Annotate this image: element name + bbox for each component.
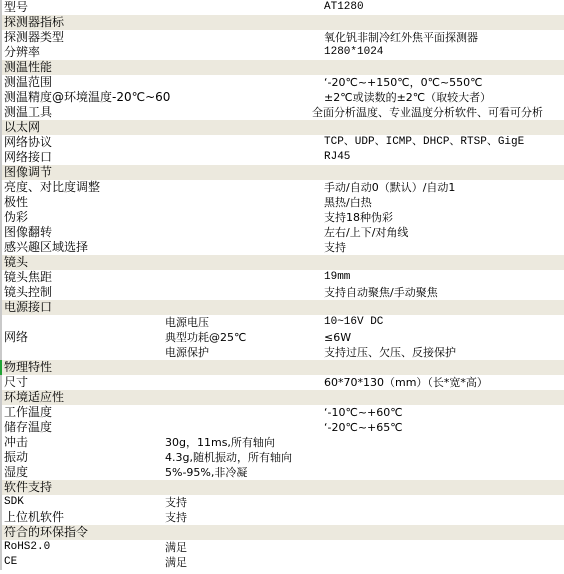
row-value: 支持 — [324, 240, 346, 255]
row-label: 振动 — [4, 450, 28, 465]
row-label: 极性 — [4, 195, 28, 210]
table-row[interactable]: 测温范围 ‘-20℃~+150℃，0℃~550℃ — [2, 75, 564, 90]
section-title: 符合的环保指令 — [4, 525, 88, 540]
table-row[interactable]: 网络接口RJ45 — [2, 150, 564, 165]
sub-label: 典型功耗@25℃ — [165, 330, 246, 345]
table-row[interactable]: 工作温度 ‘-10℃~+60℃ — [2, 405, 564, 420]
row-value: ‘-20℃~+65℃ — [324, 420, 403, 435]
row-value: RJ45 — [324, 150, 350, 165]
row-value: 1280*1024 — [324, 45, 383, 60]
sub-label: 电源保护 — [165, 345, 209, 360]
row-model[interactable]: 型号 AT1280 — [2, 0, 564, 15]
section-title: 电源接口 — [4, 300, 52, 315]
merged-row-group[interactable]: 网络 电源电压 10~16V DC 典型功耗@25℃ ≤6W 电源保护 支持过压… — [2, 315, 564, 360]
section-header[interactable]: 环境适应性 — [2, 390, 564, 405]
row-label: 感兴趣区域选择 — [4, 240, 88, 255]
row-label: 镜头控制 — [4, 285, 52, 300]
row-label: 工作温度 — [4, 405, 52, 420]
row-label: 伪彩 — [4, 210, 28, 225]
section-title: 图像调节 — [4, 165, 52, 180]
table-row[interactable]: CE满足 — [2, 555, 564, 570]
section-header[interactable]: 软件支持 — [2, 480, 564, 495]
section-header[interactable]: 探测器指标 — [2, 15, 564, 30]
table-row[interactable]: RoHS2.0满足 — [2, 540, 564, 555]
table-row[interactable]: 极性黑热/白热 — [2, 195, 564, 210]
row-value: TCP、UDP、ICMP、DHCP、RTSP、GigE — [324, 135, 524, 150]
row-label: 型号 — [4, 0, 28, 15]
row-value: 60*70*130（mm）（长*宽*高） — [324, 375, 488, 390]
table-row[interactable]: 尺寸60*70*130（mm）（长*宽*高） — [2, 375, 564, 390]
row-label: 网络协议 — [4, 135, 52, 150]
sub-label: 电源电压 — [165, 315, 209, 330]
row-value: 满足 — [165, 540, 187, 555]
row-label: 上位机软件 — [4, 510, 64, 525]
section-title: 软件支持 — [4, 480, 52, 495]
row-value: 支持 — [165, 510, 187, 525]
table-row[interactable]: 冲击30g，11ms,所有轴向 — [2, 435, 564, 450]
row-value: 30g，11ms,所有轴向 — [165, 435, 275, 450]
table-row[interactable]: 测温精度@环境温度-20℃~60±2℃或读数的±2℃（取较大者） — [2, 90, 564, 105]
table-row[interactable]: 网络协议TCP、UDP、ICMP、DHCP、RTSP、GigE — [2, 135, 564, 150]
row-value: 支持 — [165, 495, 187, 510]
section-title: 镜头 — [4, 255, 28, 270]
row-label: 测温工具 — [4, 105, 52, 120]
row-label: 分辨率 — [4, 45, 40, 60]
table-row[interactable]: 伪彩支持18种伪彩 — [2, 210, 564, 225]
row-label: RoHS2.0 — [4, 540, 50, 555]
table-row[interactable]: 上位机软件支持 — [2, 510, 564, 525]
table-row[interactable]: 振动4.3g,随机振动，所有轴向 — [2, 450, 564, 465]
table-row[interactable]: 探测器类型氧化钒非制冷红外焦平面探测器 — [2, 30, 564, 45]
sub-row[interactable]: 电源电压 10~16V DC — [2, 315, 564, 330]
row-value: 5%-95%,非冷凝 — [165, 465, 247, 480]
row-value: 全面分析温度、专业温度分析软件、可看可分析 — [312, 105, 543, 120]
row-value: 黑热/白热 — [324, 195, 372, 210]
row-value: 左右/上下/对角线 — [324, 225, 408, 240]
row-label: 冲击 — [4, 435, 28, 450]
sub-row[interactable]: 电源保护 支持过压、欠压、反接保护 — [2, 345, 564, 360]
row-value: 支持过压、欠压、反接保护 — [324, 345, 456, 360]
table-row[interactable]: 感兴趣区域选择支持 — [2, 240, 564, 255]
row-label: 亮度、对比度调整 — [4, 180, 100, 195]
row-label: 图像翻转 — [4, 225, 52, 240]
row-value: 19mm — [324, 270, 350, 285]
table-row[interactable]: 测温工具全面分析温度、专业温度分析软件、可看可分析 — [2, 105, 564, 120]
row-value: 支持自动聚焦/手动聚焦 — [324, 285, 438, 300]
row-label: 网络接口 — [4, 150, 52, 165]
spec-sheet: 型号 AT1280 探测器指标 探测器类型氧化钒非制冷红外焦平面探测器 分辨率1… — [0, 0, 564, 570]
table-row[interactable]: 分辨率1280*1024 — [2, 45, 564, 60]
section-header[interactable]: 以太网 — [2, 120, 564, 135]
row-label: 湿度 — [4, 465, 28, 480]
section-header[interactable]: 电源接口 — [2, 300, 564, 315]
row-label: 储存温度 — [4, 420, 52, 435]
row-value: 4.3g,随机振动，所有轴向 — [165, 450, 292, 465]
section-title: 物理特性 — [4, 360, 52, 375]
row-label: 尺寸 — [4, 375, 28, 390]
section-title: 探测器指标 — [4, 15, 64, 30]
row-value: 满足 — [165, 555, 187, 570]
section-header[interactable]: 测温性能 — [2, 60, 564, 75]
row-label: 测温范围 — [4, 75, 52, 90]
table-row[interactable]: 湿度5%-95%,非冷凝 — [2, 465, 564, 480]
section-header[interactable]: 图像调节 — [2, 165, 564, 180]
section-header[interactable]: 镜头 — [2, 255, 564, 270]
section-title: 以太网 — [4, 120, 40, 135]
table-row[interactable]: 储存温度 ‘-20℃~+65℃ — [2, 420, 564, 435]
row-label: 镜头焦距 — [4, 270, 52, 285]
row-value: AT1280 — [324, 0, 364, 15]
table-row[interactable]: SDK支持 — [2, 495, 564, 510]
section-header[interactable]: 物理特性 — [2, 360, 564, 375]
row-label: SDK — [4, 495, 24, 510]
row-value: ±2℃或读数的±2℃（取较大者） — [324, 90, 491, 105]
row-value: ‘-20℃~+150℃，0℃~550℃ — [324, 75, 483, 90]
row-value: 手动/自动0（默认）/自动1 — [324, 180, 455, 195]
table-row[interactable]: 镜头焦距19mm — [2, 270, 564, 285]
sub-row[interactable]: 典型功耗@25℃ ≤6W — [2, 330, 564, 345]
row-label: CE — [4, 555, 17, 570]
row-label: 测温精度@环境温度-20℃~60 — [4, 90, 170, 105]
row-value: ≤6W — [324, 330, 351, 345]
section-header[interactable]: 符合的环保指令 — [2, 525, 564, 540]
row-label: 探测器类型 — [4, 30, 64, 45]
section-title: 测温性能 — [4, 60, 52, 75]
row-value: 10~16V DC — [324, 315, 383, 330]
row-value: 支持18种伪彩 — [324, 210, 393, 225]
table-row[interactable]: 亮度、对比度调整手动/自动0（默认）/自动1 — [2, 180, 564, 195]
selection-marker — [0, 360, 2, 375]
table-row[interactable]: 镜头控制支持自动聚焦/手动聚焦 — [2, 285, 564, 300]
table-row[interactable]: 图像翻转左右/上下/对角线 — [2, 225, 564, 240]
section-title: 环境适应性 — [4, 390, 64, 405]
row-value: 氧化钒非制冷红外焦平面探测器 — [324, 30, 478, 45]
row-value: ‘-10℃~+60℃ — [324, 405, 403, 420]
